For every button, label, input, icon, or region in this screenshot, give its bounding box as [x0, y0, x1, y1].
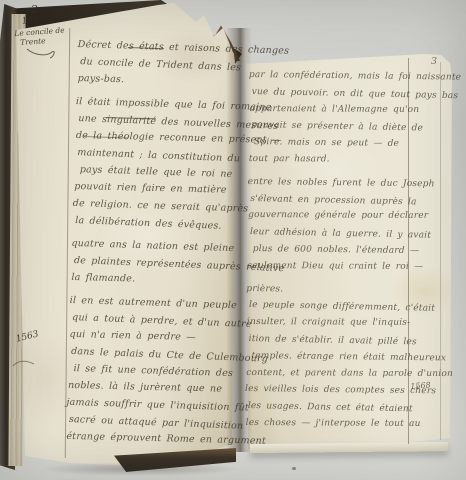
- paragraph: entre les nobles furent le duc Josephs'é…: [246, 174, 460, 277]
- manuscript-photo: 2 1563 Le concile de Trente 1563 3 1568 …: [0, 0, 466, 480]
- manuscript-line: tout par hasard.: [249, 151, 460, 169]
- manuscript-line: par la confédération, mais la foi naissa…: [249, 67, 462, 86]
- manuscript-line: entre les nobles furent le duc Joseph: [247, 174, 460, 193]
- paragraph: par la confédération, mais la foi naissa…: [248, 67, 462, 170]
- margin-tick-mark: [12, 359, 36, 369]
- dust-speck: [292, 467, 296, 470]
- manuscript-line: gouvernance générale pour déclarer: [248, 207, 459, 225]
- flourish-mark: [26, 45, 60, 59]
- manuscript-line: content, et parent dans la parole d'unio…: [246, 365, 457, 383]
- manuscript-line: appartenaient à l'Allemagne qu'on: [249, 101, 460, 119]
- right-page-foredge: [250, 442, 448, 453]
- page-number-right: 3: [431, 56, 437, 67]
- manuscript-line: les choses — j'interpose le tout au: [246, 415, 457, 433]
- manuscript-line: insulter, il craignait que l'inquis-: [247, 314, 458, 332]
- cast-shadow: [40, 462, 240, 476]
- manuscript-line: seulement Dieu qui craint le roi —: [248, 258, 459, 276]
- right-page-text: par la confédération, mais la foi naissa…: [244, 67, 461, 440]
- paragraph: prières.le peuple songe différemment, c'…: [245, 281, 459, 435]
